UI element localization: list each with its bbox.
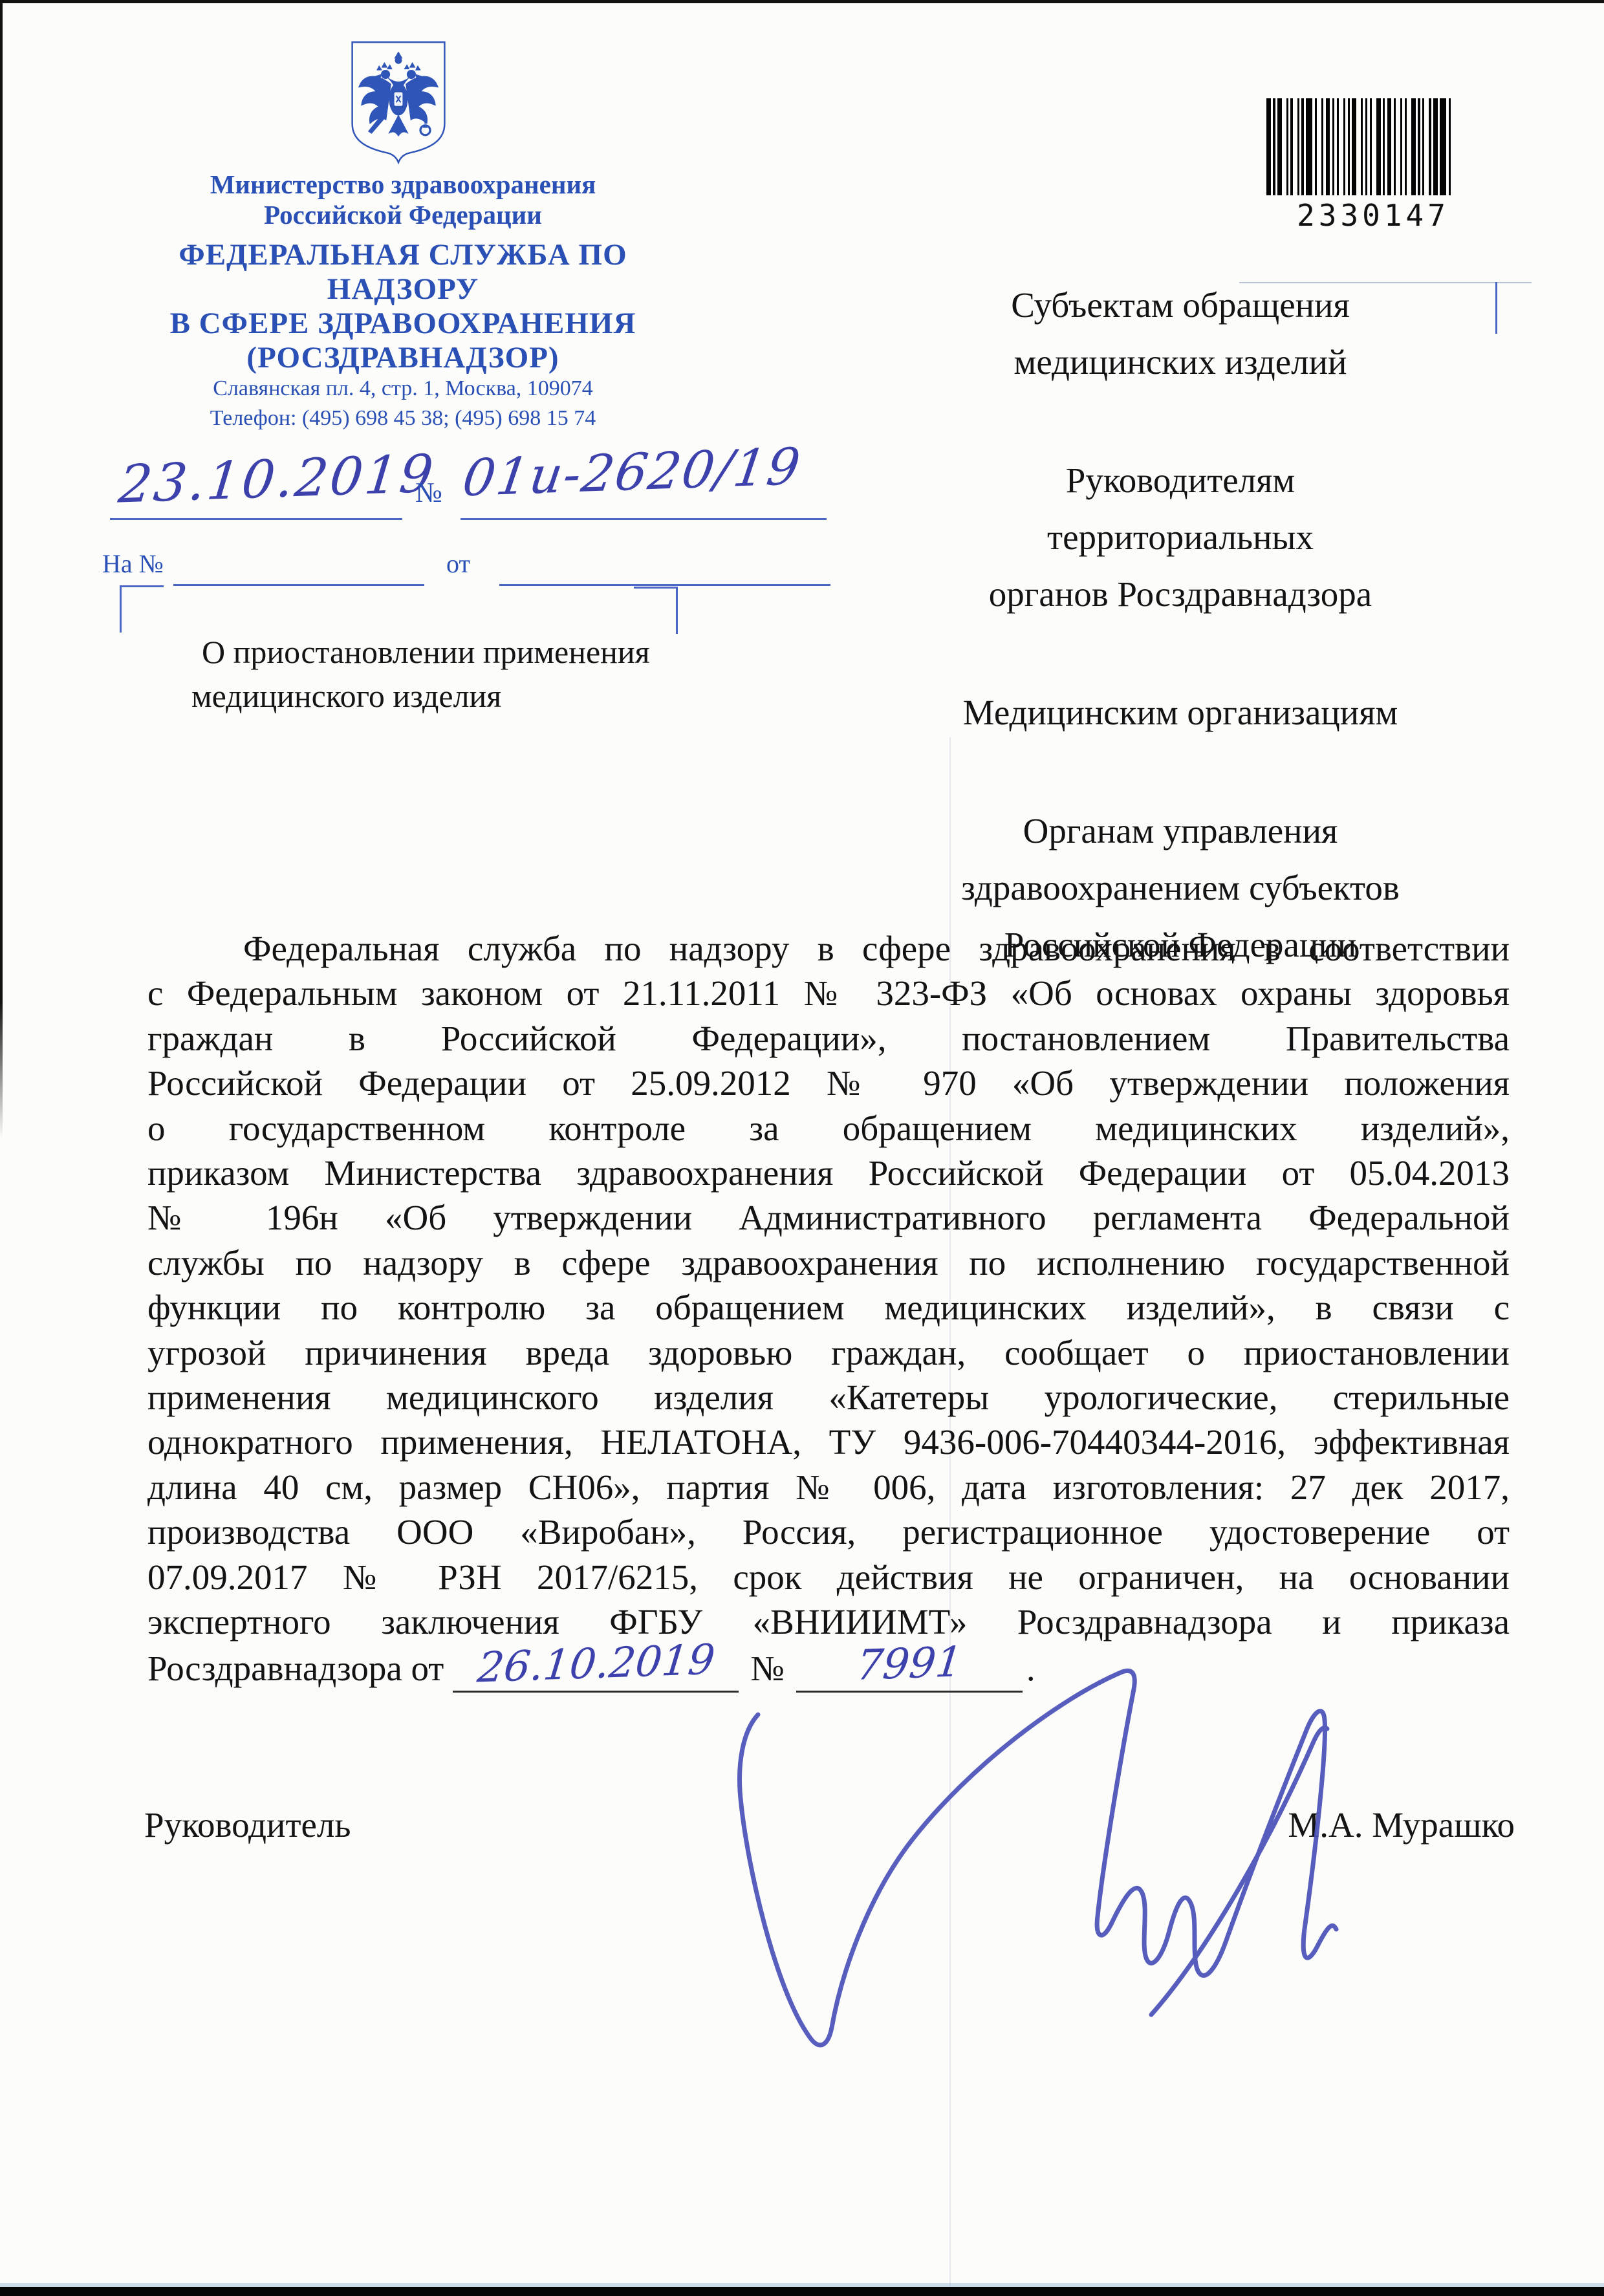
handwritten-prikaz-date: 26.10.2019: [475, 1638, 717, 1691]
addressee-line: Органам управления: [880, 803, 1481, 860]
closing-prefix: Росздравнадзора от: [147, 1649, 444, 1688]
body-line: применения медицинского изделия «Катетер…: [147, 1375, 1510, 1420]
handwritten-letter-number: 01и-2620/19: [459, 438, 805, 508]
barcode-bar: [1293, 98, 1297, 195]
scan-edge-top: [0, 0, 1604, 3]
barcode-bar: [1451, 98, 1455, 195]
ministry-line1: Министерство здравоохранения: [116, 169, 689, 200]
barcode-bar: [1356, 98, 1361, 195]
addressee-line: Субъектам обращения: [880, 277, 1481, 334]
barcode-bar: [1306, 98, 1312, 195]
prikaz-date-slot: 26.10.2019: [453, 1645, 739, 1693]
body-line: Российской Федерации от 25.09.2012 № 970…: [147, 1061, 1510, 1105]
service-line1: ФЕДЕРАЛЬНАЯ СЛУЖБА ПО НАДЗОРУ: [102, 238, 704, 307]
barcode-bar: [1411, 98, 1416, 195]
body-line: службы по надзору в сфере здравоохранени…: [147, 1240, 1510, 1285]
barcode-bar: [1277, 98, 1282, 195]
addressee-block: Медицинским организациям: [880, 684, 1481, 741]
corner-mark: [676, 587, 678, 634]
addressee-line: медицинских изделий: [880, 334, 1481, 391]
body-line: приказом Министерства здравоохранения Ро…: [147, 1151, 1510, 1195]
corner-mark: [634, 587, 678, 589]
service-line3: (РОСЗДРАВНАДЗОР): [102, 341, 704, 375]
barcode-bar: [1387, 98, 1392, 195]
barcode-bar: [1339, 98, 1343, 195]
body-line: о государственном контроле за обращением…: [147, 1106, 1510, 1151]
body-line: 07.09.2017 № РЗН 2017/6215, срок действи…: [147, 1555, 1510, 1599]
reply-number-underline: [173, 584, 424, 586]
body-line: производства ООО «Виробан», Россия, реги…: [147, 1510, 1510, 1554]
body-line: Федеральная служба по надзору в сфере зд…: [147, 926, 1510, 971]
scan-edge-left: [0, 0, 3, 1138]
barcode: [1266, 98, 1480, 195]
ministry-line2: Российской Федерации: [116, 200, 689, 230]
russia-coat-of-arms-icon: [345, 39, 452, 167]
body-line: с Федеральным законом от 21.11.2011 № 32…: [147, 971, 1510, 1015]
letter-body: Федеральная служба по надзору в сфере зд…: [147, 926, 1510, 1693]
scan-edge-bottom: [0, 2287, 1604, 2296]
barcode-bar: [1266, 98, 1271, 195]
handwritten-letter-date: 23.10.2019: [116, 443, 438, 514]
subject-block: О приостановлении применения медицинског…: [191, 630, 735, 718]
addressee-line: здравоохранением субъектов: [880, 860, 1481, 916]
reply-date-underline: [499, 584, 830, 586]
addressee-block: Руководителямтерриториальныхорганов Росз…: [880, 452, 1481, 623]
ministry-name: Министерство здравоохранения Российской …: [116, 169, 689, 230]
barcode-number: 2330147: [1266, 198, 1480, 233]
barcode-bar: [1282, 98, 1286, 195]
barcode-bar: [1396, 98, 1400, 195]
service-line2: В СФЕРЕ ЗДРАВООХРАНЕНИЯ: [102, 307, 704, 341]
addressee-column: Субъектам обращениямедицинских изделийРу…: [880, 277, 1481, 1035]
number-underline: [461, 518, 827, 520]
corner-mark: [120, 585, 164, 587]
addressee-line: Руководителям: [880, 452, 1481, 509]
service-name: ФЕДЕРАЛЬНАЯ СЛУЖБА ПО НАДЗОРУ В СФЕРЕ ЗД…: [102, 238, 704, 375]
body-line: экспертного заключения ФГБУ «ВНИИИМТ» Ро…: [147, 1599, 1510, 1644]
letterhead-address: Славянская пл. 4, стр. 1, Москва, 109074: [116, 374, 689, 404]
body-line: однократного применения, НЕЛАТОНА, ТУ 94…: [147, 1420, 1510, 1464]
body-line: № 196н «Об утверждении Административного…: [147, 1195, 1510, 1240]
scanned-letter-page: Министерство здравоохранения Российской …: [0, 0, 1604, 2296]
reply-from-label: от: [446, 548, 470, 579]
addressee-line: Медицинским организациям: [880, 684, 1481, 741]
subject-line2: медицинского изделия: [191, 674, 735, 718]
body-line: граждан в Российской Федерации», постано…: [147, 1016, 1510, 1061]
corner-mark: [1495, 282, 1497, 334]
signer-title: Руководитель: [144, 1804, 351, 1845]
body-line: угрозой причинения вреда здоровью гражда…: [147, 1330, 1510, 1375]
barcode-bar: [1376, 98, 1381, 195]
barcode-bar: [1317, 98, 1321, 195]
body-line: функции по контролю за обращением медици…: [147, 1285, 1510, 1330]
body-line: длина 40 см, размер СН06», партия № 006,…: [147, 1465, 1510, 1510]
barcode-bar: [1407, 98, 1411, 195]
barcode-bar: [1440, 98, 1446, 195]
subject-line1: О приостановлении применения: [191, 630, 735, 674]
date-underline: [110, 518, 402, 520]
barcode-bar: [1352, 98, 1356, 195]
letterhead-phone: Телефон: (495) 698 45 38; (495) 698 15 7…: [116, 404, 689, 433]
letterhead-contacts: Славянская пл. 4, стр. 1, Москва, 109074…: [116, 374, 689, 433]
barcode-bar: [1372, 98, 1376, 195]
addressee-line: органов Росздравнадзора: [880, 566, 1481, 623]
handwritten-signature: [699, 1652, 1378, 2073]
barcode-bar: [1424, 98, 1429, 195]
addressee-block: Субъектам обращениямедицинских изделий: [880, 277, 1481, 391]
barcode-bar: [1433, 98, 1438, 195]
number-sign-label: №: [415, 476, 442, 509]
barcode-bar: [1326, 98, 1330, 195]
corner-mark: [120, 585, 122, 633]
addressee-line: территориальных: [880, 509, 1481, 566]
reply-to-number-label: На №: [102, 548, 164, 579]
